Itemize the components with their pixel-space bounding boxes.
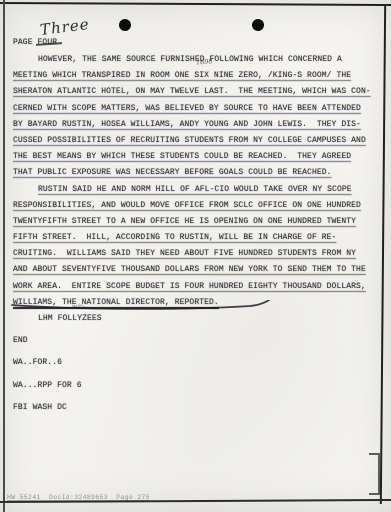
page-number-line: PAGE FOUR (13, 34, 383, 52)
scanned-document-page: PAGE FOUR HOWEVER, THE SAME SOURCE FURNI… (0, 0, 391, 512)
handwritten-lhm-annotation: w/c- (72, 303, 85, 310)
document-line: FIFTH STREET. HILL, ACCORDING TO RUSTIN,… (13, 230, 383, 246)
document-line: BY BAYARD RUSTIN, HOSEA WILLIAMS, ANDY Y… (13, 117, 383, 133)
document-line: END (13, 333, 383, 349)
document-line: WA...RPP FOR 6 (13, 378, 383, 394)
archive-footer-stamp: HW 55241 DocId:32489653 Page 275 (7, 494, 150, 501)
document-line: RESPONSIBILITIES, AND WOULD MOVE OFFICE … (13, 198, 383, 214)
punch-hole-right (252, 19, 264, 31)
typed-document-body: PAGE FOUR HOWEVER, THE SAME SOURCE FURNI… (13, 34, 383, 416)
document-line: AND ABOUT SEVENTYFIVE THOUSAND DOLLARS F… (13, 262, 383, 278)
document-line: TWENTYFIFTH STREET TO A NEW OFFICE HE IS… (13, 214, 383, 230)
document-line: FBI WASH DC (13, 400, 383, 416)
document-line: SHERATON ATLANTIC HOTEL, ON MAY TWELVE L… (13, 84, 383, 100)
handwritten-room-annotation: 1690 (196, 58, 213, 67)
document-line: CERNED WITH SCOPE MATTERS, WAS BELIEVED … (13, 101, 383, 117)
scan-edge-left (3, 0, 5, 512)
scan-edge-top (0, 2, 391, 6)
document-line: THE BEST MEANS BY WHICH THESE STUDENTS C… (13, 149, 383, 165)
document-line: RUSTIN SAID HE AND NORM HILL OF AFL-CIO … (13, 182, 383, 198)
document-line: CUSSED POSSIBILITIES OF RECRUITING STUDE… (13, 133, 383, 149)
document-line: WORK AREA. ENTIRE SCOPE BUDGET IS FOUR H… (13, 279, 383, 295)
punch-hole-left (119, 19, 131, 31)
margin-bracket-mark (369, 453, 380, 495)
page-label-prefix: PAGE (13, 38, 38, 47)
document-line: LHM FOLLYZEES (13, 311, 383, 327)
document-line: CRUITING. WILLIAMS SAID THEY NEED ABOUT … (13, 246, 383, 262)
document-line: WA..FOR..6 (13, 355, 383, 371)
document-line: MEETING WHICH TRANSPIRED IN ROOM ONE SIX… (13, 68, 383, 84)
document-line: WILLIAMS, THE NATIONAL DIRECTOR, REPORTE… (13, 295, 383, 311)
document-line: THAT PUBLIC EXPOSURE WAS NECESSARY BEFOR… (13, 165, 383, 181)
